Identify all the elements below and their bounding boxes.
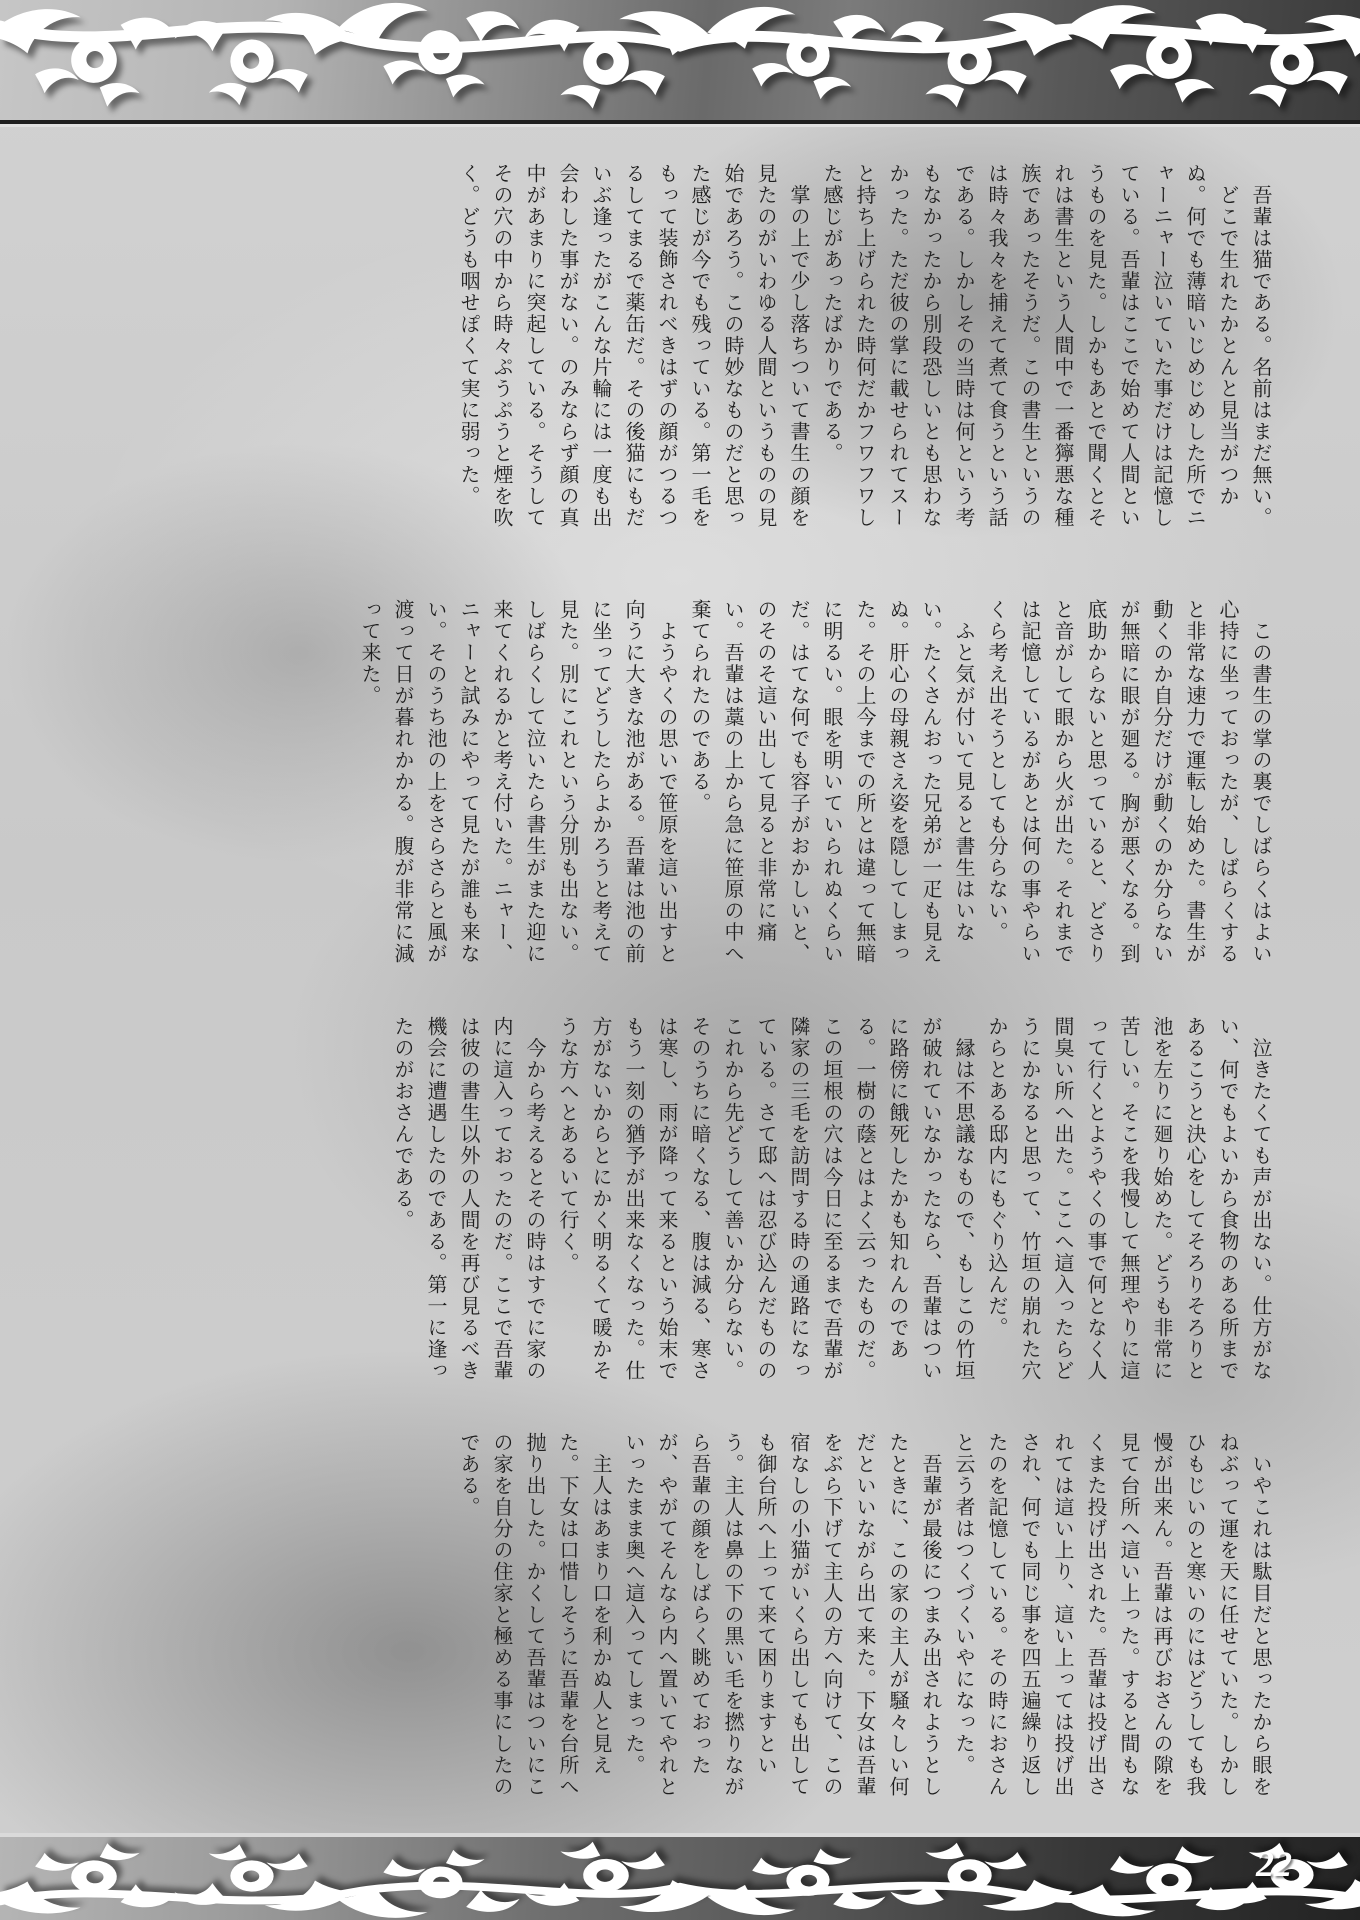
ornamental-border-top [0,0,1360,120]
text-band-3: 泣きたくても声が出ない。仕方がない、何でもよいから食物のある所まであるこうと決心… [107,1016,1277,1388]
text-band-2: この書生の掌の裏でしばらくはよい心持に坐っておったが、しばらくすると非常な速力で… [107,599,1277,973]
flame-ornament-bottom-icon [0,1837,1360,1920]
border-top-divider-light [0,124,1360,127]
text-band-4: いやこれは駄目だと思ったから眼をねぶって運を天に任せていた。しかしひもじいのと寒… [107,1432,1277,1816]
text-band-1: 吾輩は猫である。名前はまだ無い。 どこで生れたかとんと見当がつかぬ。何でも薄暗い… [107,163,1277,547]
page-number: 22 [1256,1843,1292,1885]
ornamental-border-bottom: 22 [0,1837,1360,1920]
flame-ornament-top-icon [0,0,1360,120]
scan-page-background: 吾輩は猫である。名前はまだ無い。 どこで生れたかとんと見当がつかぬ。何でも薄暗い… [0,0,1360,1920]
